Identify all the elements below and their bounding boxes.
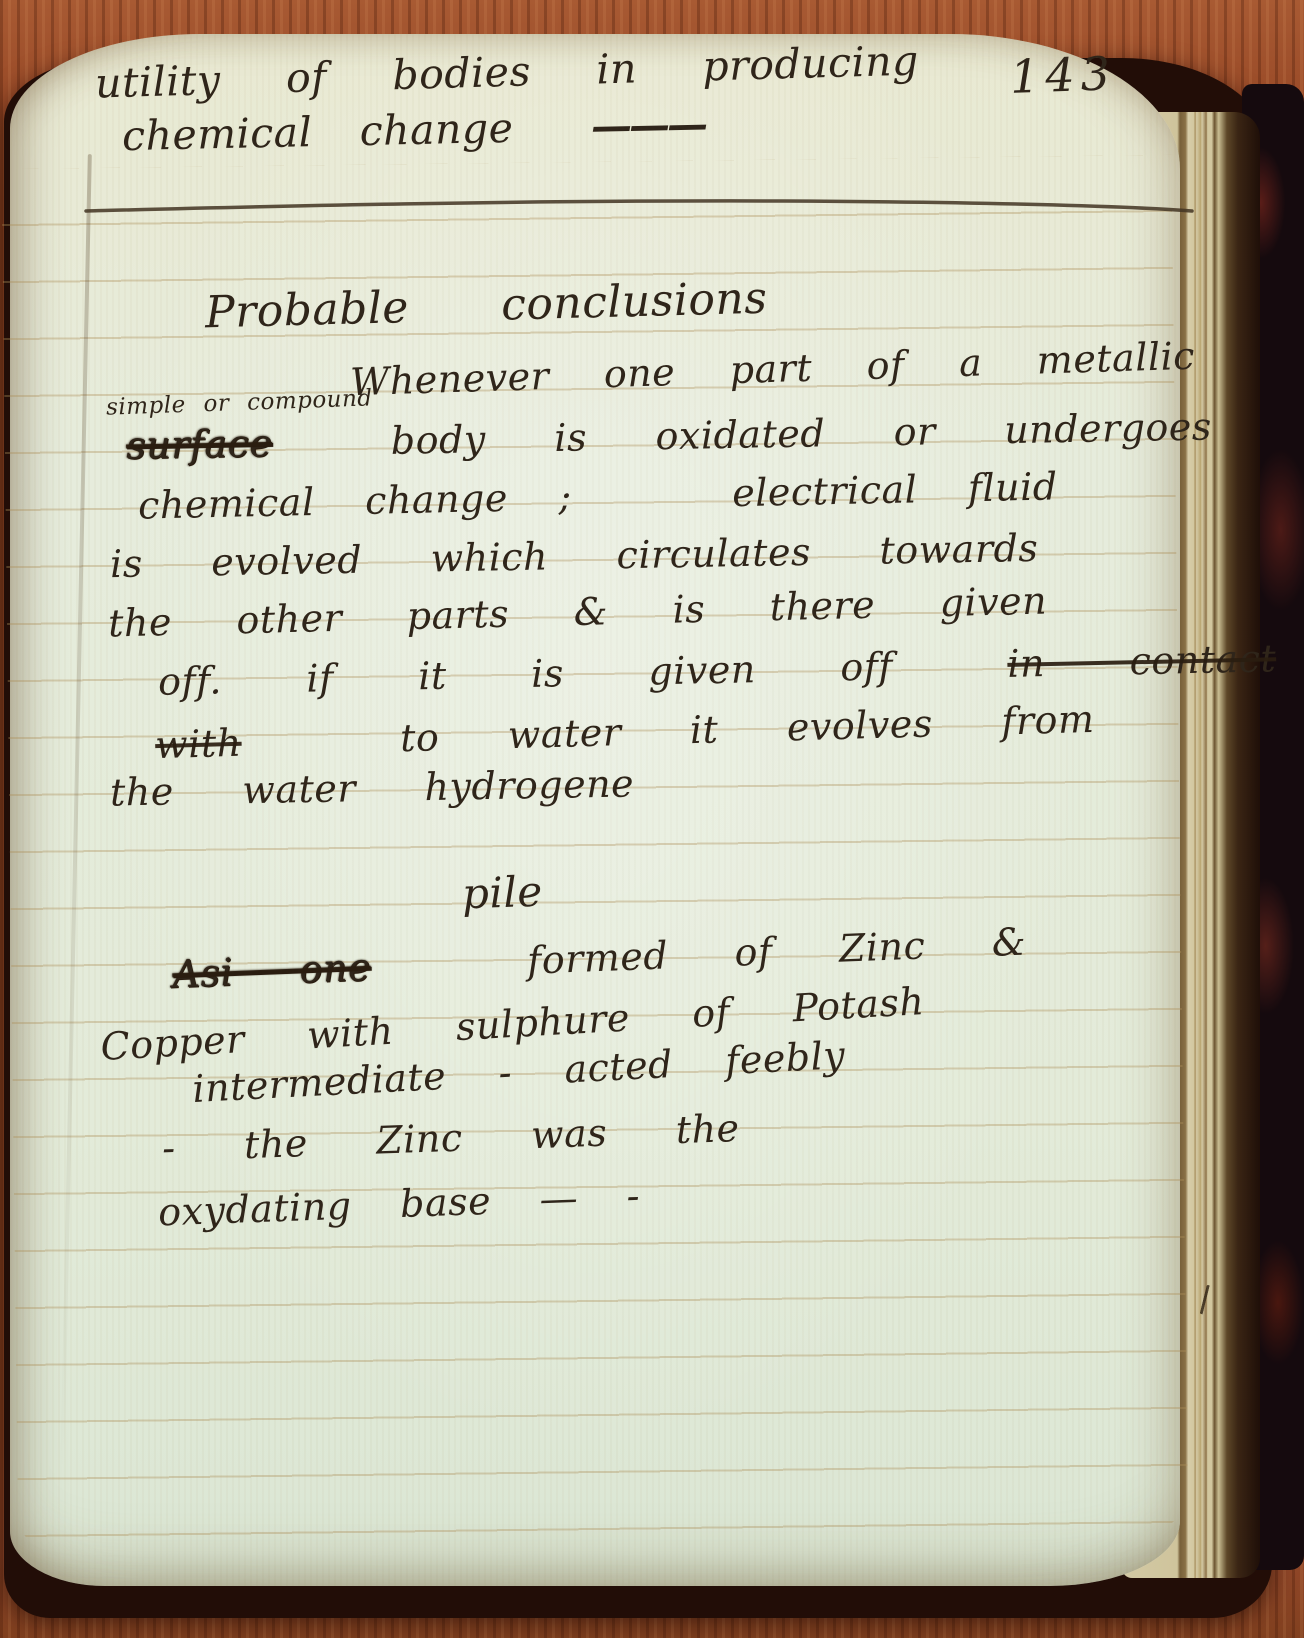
manuscript-page: utility of bodies in producing 143 chemi… — [10, 34, 1180, 1586]
line-text: chemical change ; — [138, 475, 573, 528]
deleted-words-in-contact: in contact — [1007, 636, 1277, 686]
deleted-word-with: with — [155, 721, 243, 767]
deleted-word-surface: surface — [126, 421, 273, 468]
deleted-words-start: Asi one — [171, 945, 371, 997]
line-text: electrical fluid — [732, 464, 1058, 515]
section-heading-pile: pile — [461, 867, 543, 919]
header-line-2-text: chemical change — [122, 104, 514, 160]
page-number: 143 — [1009, 46, 1117, 104]
header-line-2: chemical change ——— — [122, 100, 706, 160]
photograph-of-notebook: { "document": { "page_number": "143", "h… — [0, 0, 1304, 1638]
header-flourish-dash: ——— — [590, 100, 705, 150]
header-line-1: utility of bodies in producing — [94, 37, 919, 108]
hand-drawn-rule — [84, 198, 1196, 216]
manuscript-line: the water hydrogene — [110, 761, 635, 814]
